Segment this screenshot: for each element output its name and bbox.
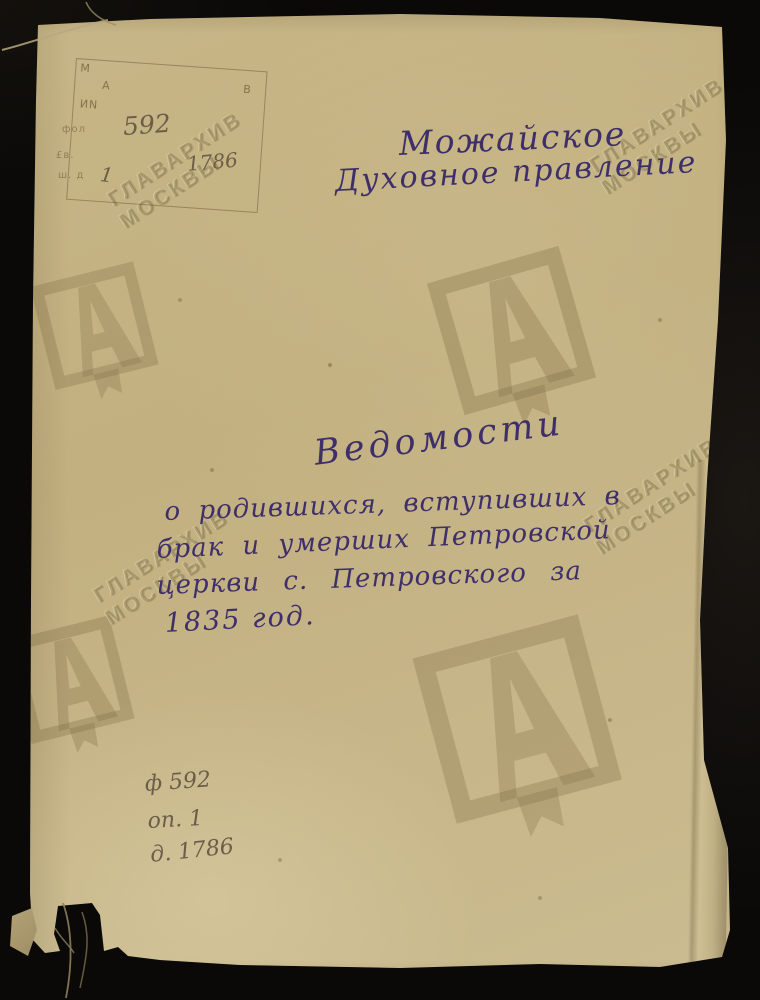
document-title: Ведомости xyxy=(312,403,566,473)
stamp-fragment: В xyxy=(243,83,252,97)
archival-scan: ГЛАВАРХИВ МОСКВЫ ГЛАВАРХИВ МОСКВЫ ГЛАВАР… xyxy=(0,0,760,1000)
stamp-fragment: М xyxy=(80,61,91,75)
stamp-fragment: ИΝ xyxy=(79,97,98,111)
stamp-margin-fragment: фол xyxy=(62,124,86,135)
archive-logo-icon xyxy=(1,610,148,770)
delo-number-pencil: 1786 xyxy=(186,148,239,176)
subtitle-year-line: 1835 год. xyxy=(164,600,316,639)
stamp-margin-fragment: ш. д xyxy=(58,170,84,181)
stamp-fragment: А xyxy=(102,79,111,93)
page-edge xyxy=(688,460,735,966)
reference-opis: оп. 1 xyxy=(147,806,204,834)
archive-logo-icon xyxy=(25,256,172,416)
fond-number-pencil: 592 xyxy=(122,109,172,141)
book-cover: ГЛАВАРХИВ МОСКВЫ ГЛАВАРХИВ МОСКВЫ ГЛАВАР… xyxy=(0,0,760,1000)
reference-delo: д. 1786 xyxy=(149,834,235,868)
reference-fond: ф 592 xyxy=(144,767,212,797)
stamp-margin-fragment: £в. xyxy=(56,150,74,161)
archive-logo-icon xyxy=(405,605,645,864)
